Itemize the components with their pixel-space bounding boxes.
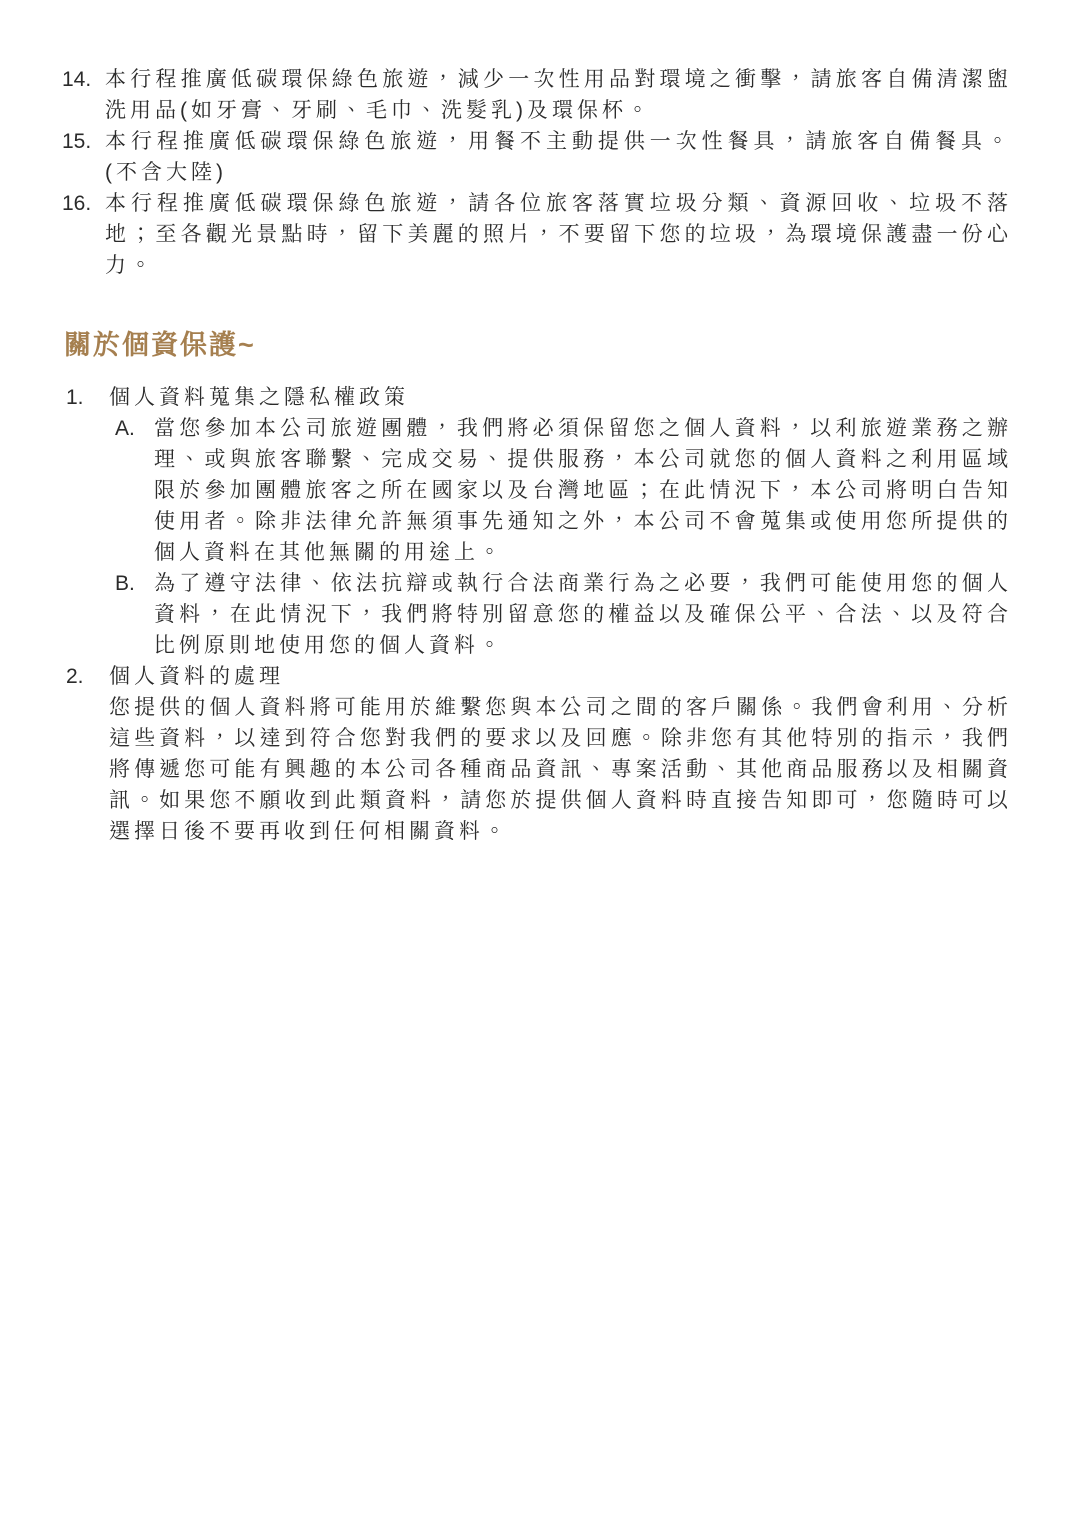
sub-item-label: B.	[115, 568, 154, 599]
list-item-number: 16.	[62, 188, 105, 219]
privacy-section-heading: 關於個資保護~	[64, 327, 1012, 363]
list-item-text: 本行程推廣低碳環保綠色旅遊，減少一次性用品對環境之衝擊，請旅客自備清潔盥洗用品(…	[105, 64, 1012, 126]
list-item-text: 本行程推廣低碳環保綠色旅遊，用餐不主動提供一次性餐具，請旅客自備餐具。(不含大陸…	[105, 126, 1012, 188]
document-page: 14. 本行程推廣低碳環保綠色旅遊，減少一次性用品對環境之衝擊，請旅客自備清潔盥…	[0, 0, 1076, 1521]
list-item-number: 2.	[62, 661, 109, 692]
list-item-number: 15.	[62, 126, 105, 157]
privacy-item-title: 個人資料的處理	[109, 661, 1012, 692]
list-item-text: 本行程推廣低碳環保綠色旅遊，請各位旅客落實垃圾分類、資源回收、垃圾不落地；至各觀…	[105, 188, 1012, 281]
list-item-15: 15. 本行程推廣低碳環保綠色旅遊，用餐不主動提供一次性餐具，請旅客自備餐具。(…	[62, 126, 1012, 188]
privacy-item-paragraph: 您提供的個人資料將可能用於維繫您與本公司之間的客戶關係。我們會利用、分析這些資料…	[109, 692, 1012, 847]
sub-item-label: A.	[115, 413, 154, 444]
privacy-list: 1. 個人資料蒐集之隱私權政策 A. 當您參加本公司旅遊團體，我們將必須保留您之…	[62, 382, 1012, 847]
list-item-14: 14. 本行程推廣低碳環保綠色旅遊，減少一次性用品對環境之衝擊，請旅客自備清潔盥…	[62, 64, 1012, 126]
privacy-sub-item-b: B. 為了遵守法律、依法抗辯或執行合法商業行為之必要，我們可能使用您的個人資料，…	[115, 568, 1012, 661]
sub-item-text: 當您參加本公司旅遊團體，我們將必須保留您之個人資料，以利旅遊業務之辦理、或與旅客…	[154, 413, 1012, 568]
sub-item-text: 為了遵守法律、依法抗辯或執行合法商業行為之必要，我們可能使用您的個人資料，在此情…	[154, 568, 1012, 661]
eco-notice-list: 14. 本行程推廣低碳環保綠色旅遊，減少一次性用品對環境之衝擊，請旅客自備清潔盥…	[62, 64, 1012, 281]
list-item-number: 14.	[62, 64, 105, 95]
privacy-sub-item-a: A. 當您參加本公司旅遊團體，我們將必須保留您之個人資料，以利旅遊業務之辦理、或…	[115, 413, 1012, 568]
list-item-16: 16. 本行程推廣低碳環保綠色旅遊，請各位旅客落實垃圾分類、資源回收、垃圾不落地…	[62, 188, 1012, 281]
privacy-item-1: 1. 個人資料蒐集之隱私權政策 A. 當您參加本公司旅遊團體，我們將必須保留您之…	[62, 382, 1012, 661]
privacy-item-title: 個人資料蒐集之隱私權政策	[109, 382, 1012, 413]
list-item-number: 1.	[62, 382, 109, 413]
privacy-item-2: 2. 個人資料的處理 您提供的個人資料將可能用於維繫您與本公司之間的客戶關係。我…	[62, 661, 1012, 847]
